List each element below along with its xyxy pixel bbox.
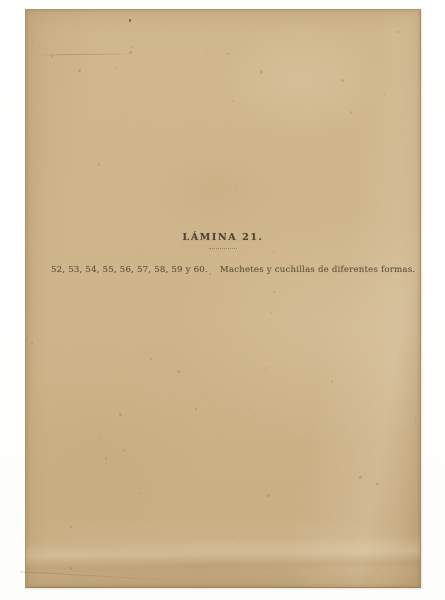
foxing-spot: [231, 100, 234, 102]
foxing-spot: [31, 342, 33, 344]
foxing-spot: [260, 70, 263, 74]
paper-crease: [38, 53, 134, 55]
foxing-spot: [137, 253, 138, 254]
foxing-spot: [235, 185, 236, 186]
foxing-spot: [331, 380, 333, 383]
foxing-spot: [51, 55, 53, 57]
foxing-spot: [346, 19, 347, 20]
foxing-spot: [123, 449, 126, 452]
foxing-spot: [99, 439, 101, 442]
book-page: LÁMINA 21. 52, 53, 54, 55, 56, 57, 58, 5…: [25, 9, 421, 588]
foxing-spot: [295, 88, 296, 89]
foxing-spot: [273, 251, 275, 252]
foxing-spot: [150, 358, 152, 360]
foxing-spot: [397, 31, 399, 34]
foxing-spot: [37, 120, 38, 122]
foxing-spot: [139, 493, 141, 495]
foxing-spot: [384, 93, 386, 95]
ink-speck: [129, 19, 131, 22]
foxing-spot: [115, 67, 117, 68]
plate-caption: 52, 53, 54, 55, 56, 57, 58, 59 y 60.Mach…: [51, 265, 406, 275]
paper-grain-texture: [26, 10, 420, 587]
foxing-spot: [359, 476, 362, 478]
plate-heading: LÁMINA 21.: [26, 232, 420, 243]
foxing-spot: [273, 291, 276, 294]
foxing-spot: [265, 367, 268, 369]
foxing-spot: [347, 336, 348, 337]
foxing-spot: [98, 163, 100, 166]
figure-numbers: 52, 53, 54, 55, 56, 57, 58, 59 y 60.: [51, 265, 208, 275]
foxing-spot: [105, 457, 108, 459]
foxing-spot: [131, 46, 134, 48]
heading-rule: [209, 248, 237, 249]
foxing-spot: [78, 69, 80, 72]
foxing-spot: [177, 370, 180, 373]
paper-wrinkle: [26, 535, 420, 574]
foxing-spot: [206, 53, 207, 55]
scan-background: LÁMINA 21. 52, 53, 54, 55, 56, 57, 58, 5…: [0, 0, 445, 600]
foxing-spot: [119, 413, 122, 415]
foxing-spot: [270, 312, 272, 314]
foxing-spot: [415, 418, 417, 420]
foxing-spot: [341, 79, 344, 82]
foxing-spot: [134, 301, 135, 302]
foxing-spot: [32, 40, 34, 41]
foxing-spot: [157, 321, 158, 322]
foxing-spot: [193, 55, 195, 56]
foxing-spot: [350, 111, 352, 113]
foxing-spot: [267, 494, 270, 497]
foxing-spot: [156, 364, 158, 366]
foxing-spot: [195, 408, 197, 411]
foxing-spot: [254, 415, 256, 417]
caption-text: Machetes y cuchillas de diferentes forma…: [220, 265, 415, 275]
foxing-spot: [226, 53, 229, 55]
foxing-spot: [219, 29, 220, 30]
foxing-spot: [356, 439, 357, 440]
foxing-spot: [70, 526, 72, 528]
foxing-spot: [240, 580, 242, 582]
foxing-spot: [124, 117, 125, 118]
foxing-spot: [376, 483, 378, 486]
